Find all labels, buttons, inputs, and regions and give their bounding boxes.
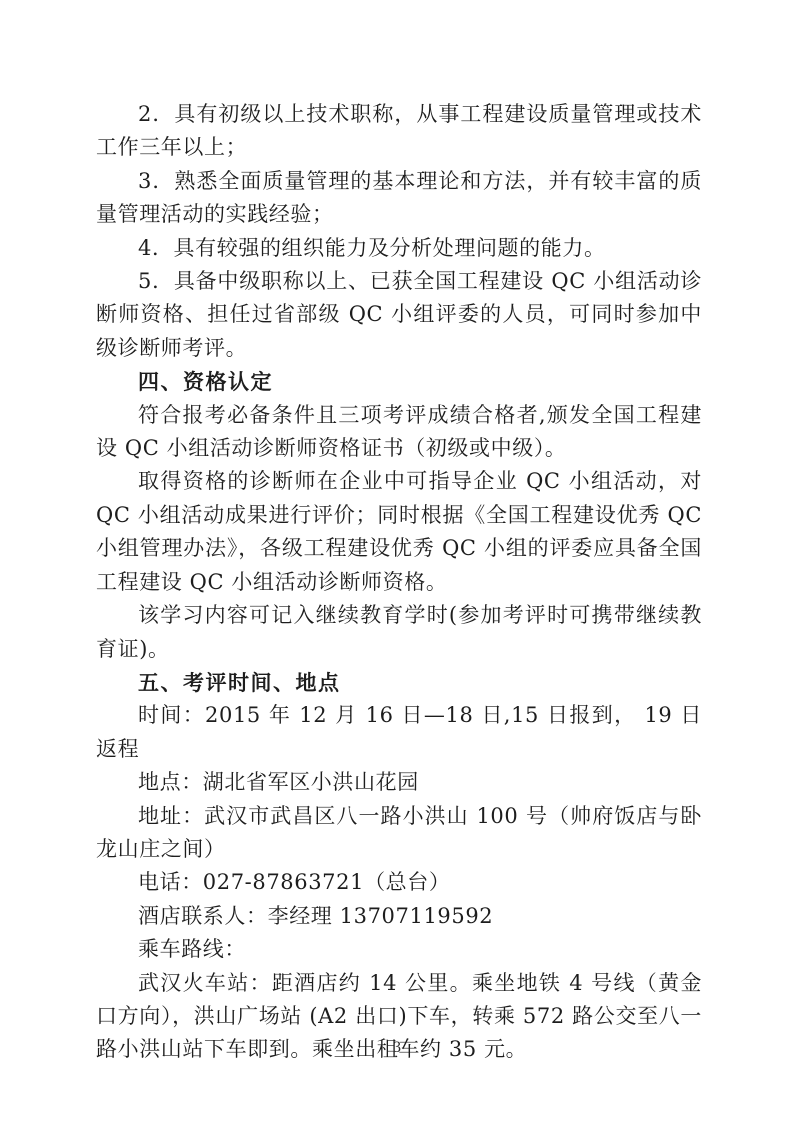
paragraph-continuing-education: 该学习内容可记入继续教育学时(参加考评时可携带继续教育证)。 <box>96 599 702 666</box>
paragraph-time: 时间：2015 年 12 月 16 日—18 日,15 日报到， 19 日返程 <box>96 699 702 766</box>
page-number-label: 3 <box>0 1040 794 1056</box>
paragraph-requirement-4: 4．具有较强的组织能力及分析处理问题的能力。 <box>96 232 702 265</box>
paragraph-address: 地址：武汉市武昌区八一路小洪山 100 号（帅府饭店与卧龙山庄之间） <box>96 800 702 867</box>
paragraph-requirement-3: 3．熟悉全面质量管理的基本理论和方法，并有较丰富的质量管理活动的实践经验； <box>96 165 702 232</box>
paragraph-hotel-contact: 酒店联系人：李经理 13707119592 <box>96 900 702 933</box>
paragraph-phone: 电话：027-87863721（总台） <box>96 866 702 899</box>
paragraph-qualified-role: 取得资格的诊断师在企业中可指导企业 QC 小组活动，对 QC 小组活动成果进行评… <box>96 465 702 599</box>
paragraph-certificate: 符合报考必备条件且三项考评成绩合格者,颁发全国工程建设 QC 小组活动诊断师资格… <box>96 399 702 466</box>
paragraph-transport-title: 乘车路线： <box>96 933 702 966</box>
document-page: 2．具有初级以上技术职称，从事工程建设质量管理或技术工作三年以上； 3．熟悉全面… <box>0 0 794 1123</box>
section-heading-time-place: 五、考评时间、地点 <box>96 666 702 699</box>
paragraph-requirement-2: 2．具有初级以上技术职称，从事工程建设质量管理或技术工作三年以上； <box>96 98 702 165</box>
section-heading-qualification: 四、资格认定 <box>96 365 702 398</box>
paragraph-requirement-5: 5．具备中级职称以上、已获全国工程建设 QC 小组活动诊断师资格、担任过省部级 … <box>96 265 702 365</box>
paragraph-place: 地点：湖北省军区小洪山花园 <box>96 766 702 799</box>
document-content: 2．具有初级以上技术职称，从事工程建设质量管理或技术工作三年以上； 3．熟悉全面… <box>96 98 702 1067</box>
